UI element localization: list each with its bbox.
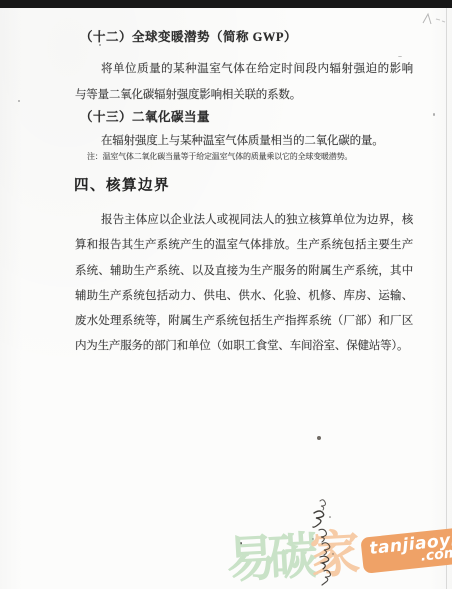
paragraph-accounting-boundary: 报告主体应以企业法人或视同法人的独立核算单位为边界，核算和报告其生产系统产生的温… (75, 208, 413, 360)
heading-gwp: （十二）全球变暖潜势（简称 GWP） (80, 29, 297, 46)
text-line: 算和报告其生产系统产生的温室气体排放。生产系统包括主要生产 (75, 233, 413, 258)
scan-speck (433, 113, 435, 116)
text-line: 报告主体应以企业法人或视同法人的独立核算单位为边界，核 (75, 208, 413, 233)
watermark-site-badge: tanjiaoyi .com (360, 527, 452, 574)
text-line: 废水处理系统等，附属生产系统包括生产指挥系统（厂部）和厂区 (75, 309, 413, 334)
text-line: 系统、辅助生产系统、以及直接为生产服务的附属生产系统，其中 (75, 259, 413, 284)
scan-edge-bar (0, 0, 452, 8)
note-co2e: 注：温室气体二氧化碳当量等于给定温室气体的质量乘以它的全球变暖潜势。 (87, 151, 417, 162)
heading-co2e: （十三）二氧化碳当量 (80, 109, 210, 126)
scan-speck (398, 56, 402, 57)
scan-speck (317, 436, 321, 440)
pencil-mark-icon (420, 10, 450, 30)
text-line: 内为生产服务的部门和单位（如职工食堂、车间浴室、保健站等）。 (75, 334, 413, 359)
ink-scribbles (300, 497, 346, 589)
scan-edge-line (446, 8, 447, 589)
scan-speck (18, 100, 20, 102)
text-line: 与等量二氧化碳辐射强度影响相关联的系数。 (75, 82, 413, 108)
paragraph-gwp: 将单位质量的某种温室气体在给定时间段内辐射强迫的影响与等量二氧化碳辐射强度影响相… (75, 56, 413, 108)
text-line: 辅助生产系统包括动力、供电、供水、化验、机修、库房、运输、 (75, 284, 413, 309)
heading-accounting-boundary: 四、核算边界 (74, 177, 170, 196)
text-line: 将单位质量的某种温室气体在给定时间段内辐射强迫的影响 (75, 56, 413, 82)
scan-speck (99, 44, 101, 46)
